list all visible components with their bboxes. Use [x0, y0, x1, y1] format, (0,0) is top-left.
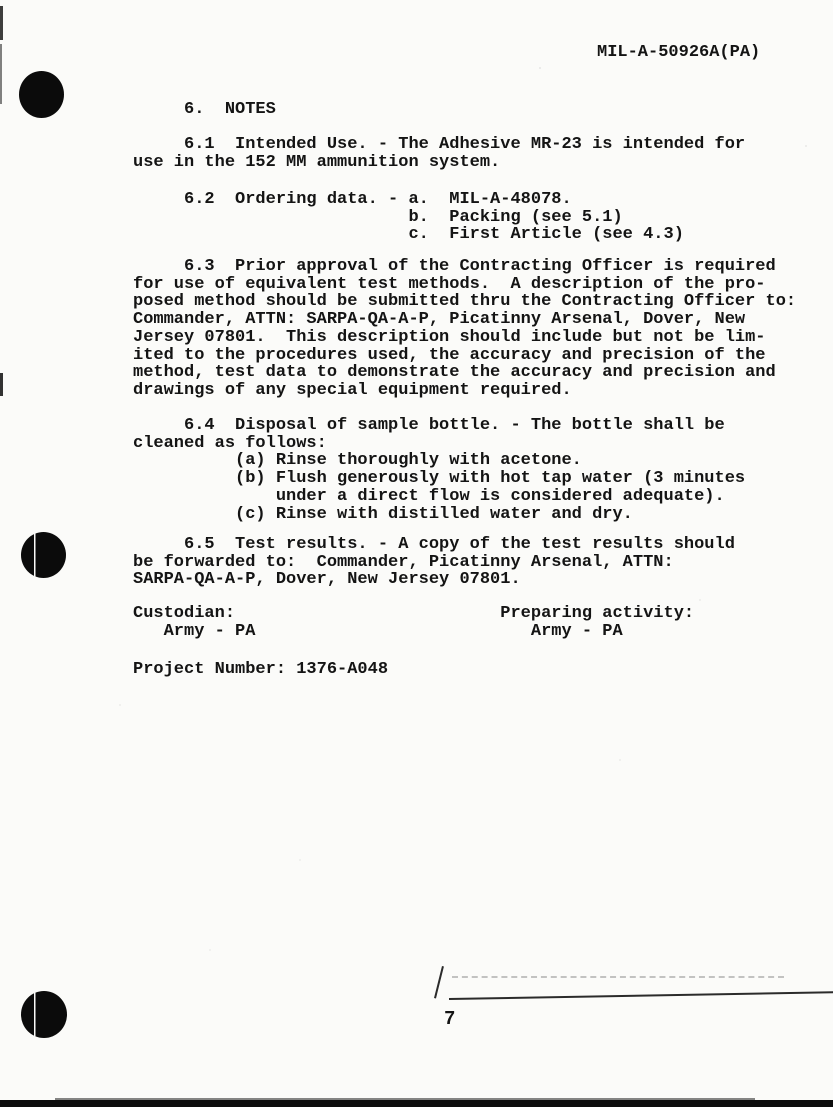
- paragraph-6-1-intended-use: 6.1 Intended Use. - The Adhesive MR-23 i…: [133, 136, 745, 171]
- scan-edge-mark: [0, 6, 3, 40]
- project-number: Project Number: 1376-A048: [133, 661, 388, 679]
- custodian-preparing-activity: Custodian: Preparing activity: Army - PA…: [133, 605, 694, 640]
- scan-dashed-line: [452, 976, 784, 978]
- punch-hole-top: [19, 71, 64, 118]
- scan-edge-mark: [0, 44, 2, 104]
- scanned-document-page: MIL-A-50926A(PA) 6. NOTES 6.1 Intended U…: [0, 0, 833, 1107]
- paragraph-6-5-test-results: 6.5 Test results. - A copy of the test r…: [133, 536, 735, 589]
- paragraph-6-3-prior-approval: 6.3 Prior approval of the Contracting Of…: [133, 258, 796, 400]
- paragraph-6-2-ordering-data: 6.2 Ordering data. - a. MIL-A-48078. b. …: [133, 191, 684, 244]
- scan-line-tick: [434, 966, 444, 999]
- document-id-header: MIL-A-50926A(PA): [597, 44, 760, 62]
- scan-edge-mark: [0, 373, 3, 396]
- scan-solid-line: [449, 991, 833, 1000]
- punch-hole-bottom: [21, 991, 67, 1038]
- paragraph-6-4-disposal: 6.4 Disposal of sample bottle. - The bot…: [133, 417, 745, 523]
- section-heading-notes: 6. NOTES: [133, 101, 276, 119]
- scan-bottom-border: [0, 1100, 833, 1107]
- page-number: 7: [444, 1011, 455, 1029]
- punch-hole-middle: [21, 532, 66, 578]
